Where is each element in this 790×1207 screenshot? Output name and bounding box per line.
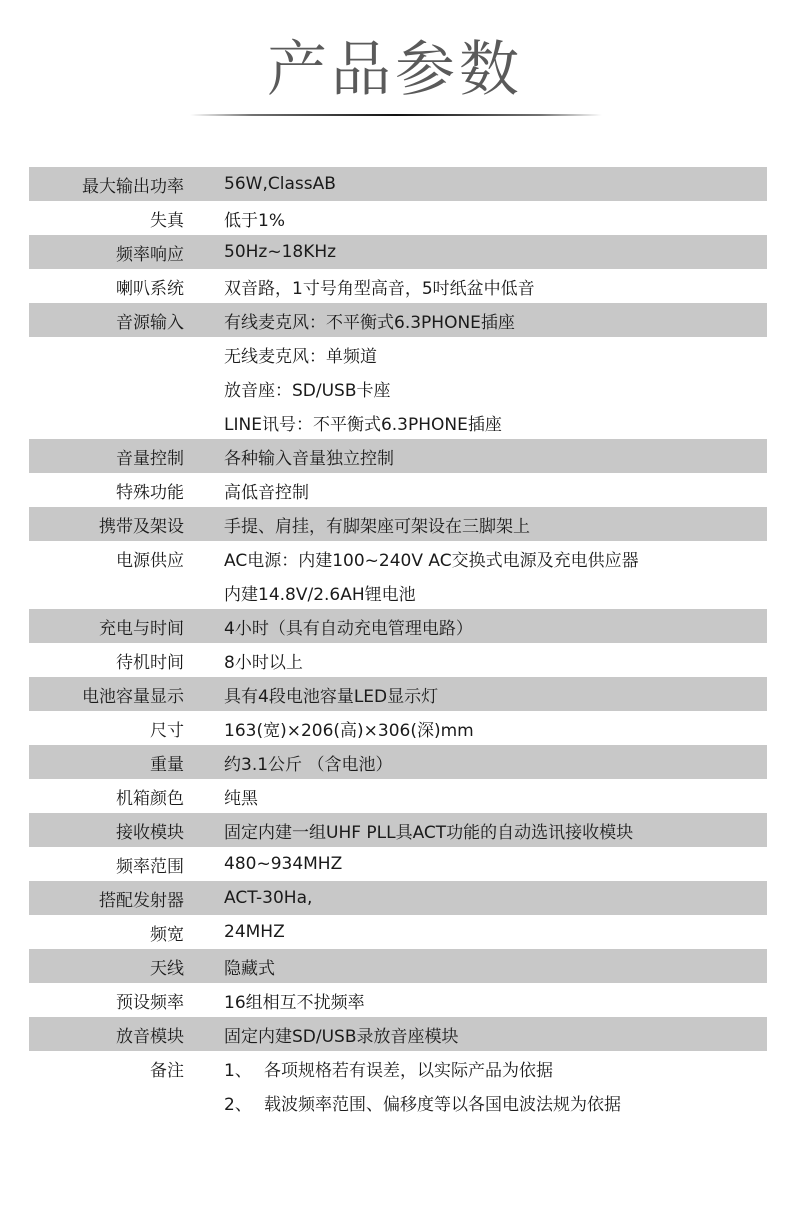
spec-value: 具有4段电池容量LED显示灯	[224, 682, 438, 707]
spec-row: 接收模块固定内建一组UHF PLL具ACT功能的自动选讯接收模块	[29, 813, 767, 847]
spec-label: 失真	[29, 206, 184, 231]
spec-row: 搭配发射器ACT-30Ha,	[29, 881, 767, 915]
spec-value: 手提、肩挂，有脚架座可架设在三脚架上	[224, 512, 530, 537]
notes-label: 备注	[29, 1056, 184, 1081]
spec-label: 待机时间	[29, 648, 184, 673]
spec-value: 隐藏式	[224, 954, 275, 979]
note-number: 1、	[224, 1056, 264, 1081]
spec-row: 携带及架设手提、肩挂，有脚架座可架设在三脚架上	[29, 507, 767, 541]
spec-label: 频率响应	[29, 240, 184, 265]
spec-value: 50Hz~18KHz	[224, 242, 336, 262]
spec-row: 电源供应AC电源：内建100~240V AC交换式电源及充电供应器	[29, 541, 767, 575]
spec-row: 最大输出功率56W,ClassAB	[29, 167, 767, 201]
spec-table: 最大输出功率56W,ClassAB 失真低于1% 频率响应50Hz~18KHz …	[29, 167, 767, 1119]
spec-label: 频宽	[29, 920, 184, 945]
spec-label: 搭配发射器	[29, 886, 184, 911]
spec-value: 约3.1公斤 （含电池）	[224, 750, 392, 775]
spec-value: AC电源：内建100~240V AC交换式电源及充电供应器	[224, 546, 639, 571]
spec-value: 56W,ClassAB	[224, 174, 336, 194]
spec-row: 音源输入有线麦克风：不平衡式6.3PHONE插座	[29, 303, 767, 337]
spec-value: LINE讯号：不平衡式6.3PHONE插座	[224, 410, 502, 435]
spec-row: LINE讯号：不平衡式6.3PHONE插座	[29, 405, 767, 439]
spec-value: 固定内建一组UHF PLL具ACT功能的自动选讯接收模块	[224, 818, 633, 843]
spec-row: 音量控制各种输入音量独立控制	[29, 439, 767, 473]
note-number: 2、	[224, 1090, 264, 1115]
spec-value: 各种输入音量独立控制	[224, 444, 394, 469]
spec-value: 高低音控制	[224, 478, 309, 503]
spec-row: 机箱颜色纯黑	[29, 779, 767, 813]
spec-label: 音量控制	[29, 444, 184, 469]
spec-label: 天线	[29, 954, 184, 979]
spec-row: 频率范围480~934MHZ	[29, 847, 767, 881]
spec-label: 携带及架设	[29, 512, 184, 537]
spec-value: 16组相互不扰频率	[224, 988, 365, 1013]
spec-row: 内建14.8V/2.6AH锂电池	[29, 575, 767, 609]
spec-row: 充电与时间4小时（具有自动充电管理电路）	[29, 609, 767, 643]
spec-label: 特殊功能	[29, 478, 184, 503]
spec-value: ACT-30Ha,	[224, 888, 312, 908]
spec-label: 频率范围	[29, 852, 184, 877]
spec-value: 480~934MHZ	[224, 854, 342, 874]
spec-label: 充电与时间	[29, 614, 184, 639]
spec-row: 预设频率16组相互不扰频率	[29, 983, 767, 1017]
note-item: 2、载波频率范围、偏移度等以各国电波法规为依据	[224, 1090, 621, 1115]
spec-row: 天线隐藏式	[29, 949, 767, 983]
spec-row: 电池容量显示具有4段电池容量LED显示灯	[29, 677, 767, 711]
spec-value: 放音座：SD/USB卡座	[224, 376, 391, 401]
spec-label: 电池容量显示	[29, 682, 184, 707]
spec-value: 24MHZ	[224, 922, 285, 942]
note-item: 1、各项规格若有误差，以实际产品为依据	[224, 1056, 553, 1081]
spec-row: 频率响应50Hz~18KHz	[29, 235, 767, 269]
spec-row: 待机时间8小时以上	[29, 643, 767, 677]
spec-label: 最大输出功率	[29, 172, 184, 197]
spec-value: 低于1%	[224, 206, 285, 231]
spec-row: 放音座：SD/USB卡座	[29, 371, 767, 405]
spec-row: 无线麦克风：单频道	[29, 337, 767, 371]
spec-row: 喇叭系统双音路，1寸号角型高音，5吋纸盆中低音	[29, 269, 767, 303]
notes-row: 备注 1、各项规格若有误差，以实际产品为依据	[29, 1051, 767, 1085]
spec-label: 机箱颜色	[29, 784, 184, 809]
spec-row: 失真低于1%	[29, 201, 767, 235]
spec-value: 双音路，1寸号角型高音，5吋纸盆中低音	[224, 274, 535, 299]
spec-value: 163(宽)×206(高)×306(深)mm	[224, 716, 474, 741]
spec-row: 频宽24MHZ	[29, 915, 767, 949]
spec-label: 预设频率	[29, 988, 184, 1013]
page-title: 产品参数	[0, 30, 790, 110]
spec-value: 纯黑	[224, 784, 258, 809]
spec-label: 喇叭系统	[29, 274, 184, 299]
spec-value: 8小时以上	[224, 648, 303, 673]
spec-label: 音源输入	[29, 308, 184, 333]
spec-row: 特殊功能高低音控制	[29, 473, 767, 507]
spec-label: 重量	[29, 750, 184, 775]
spec-label: 尺寸	[29, 716, 184, 741]
spec-label: 放音模块	[29, 1022, 184, 1047]
spec-row: 重量约3.1公斤 （含电池）	[29, 745, 767, 779]
spec-row: 尺寸163(宽)×206(高)×306(深)mm	[29, 711, 767, 745]
spec-label: 电源供应	[29, 546, 184, 571]
spec-label: 接收模块	[29, 818, 184, 843]
spec-value: 固定内建SD/USB录放音座模块	[224, 1022, 459, 1047]
notes-row: 2、载波频率范围、偏移度等以各国电波法规为依据	[29, 1085, 767, 1119]
note-text: 各项规格若有误差，以实际产品为依据	[264, 1061, 553, 1081]
title-divider	[190, 114, 602, 116]
spec-value: 4小时（具有自动充电管理电路）	[224, 614, 473, 639]
note-text: 载波频率范围、偏移度等以各国电波法规为依据	[264, 1095, 621, 1115]
spec-row: 放音模块固定内建SD/USB录放音座模块	[29, 1017, 767, 1051]
spec-value: 无线麦克风：单频道	[224, 342, 377, 367]
spec-value: 有线麦克风：不平衡式6.3PHONE插座	[224, 308, 515, 333]
spec-value: 内建14.8V/2.6AH锂电池	[224, 580, 416, 605]
